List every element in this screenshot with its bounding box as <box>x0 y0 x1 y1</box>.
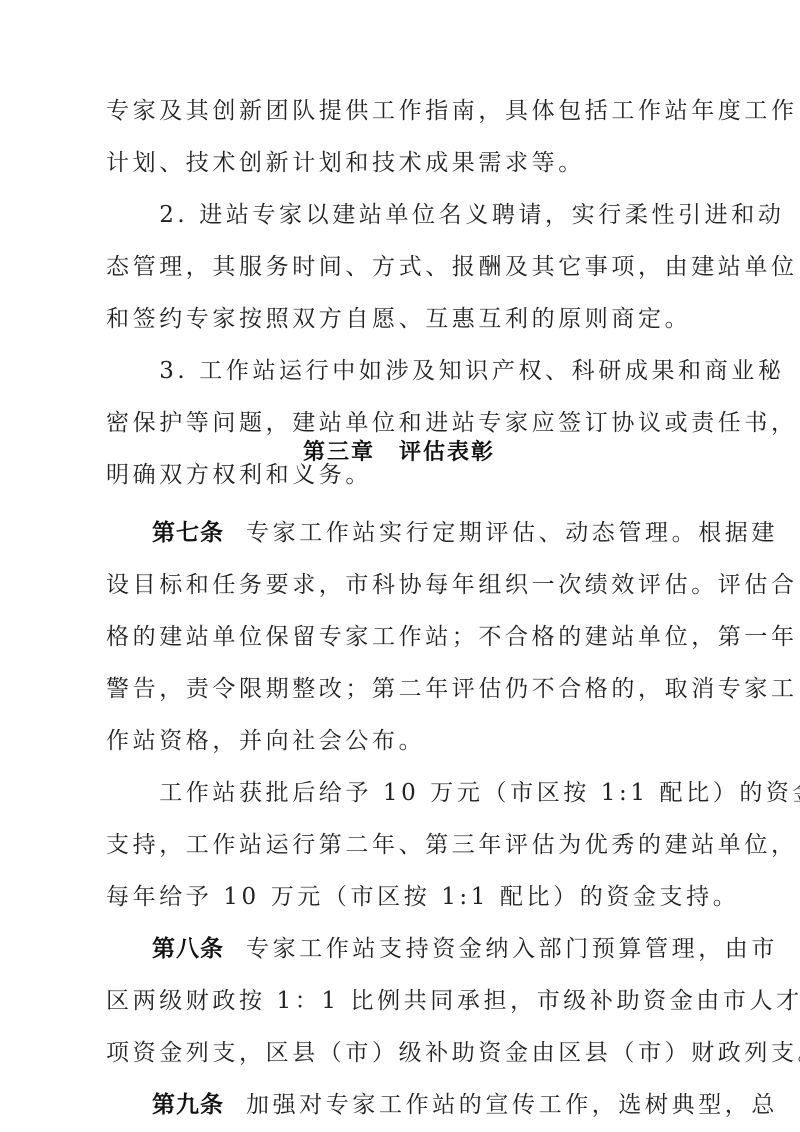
article-label: 第九条 <box>152 1092 224 1118</box>
article-first-line: 第八条专家工作站支持资金纳入部门预算管理，由市 <box>106 934 692 964</box>
text-line: 区两级财政按 1：1 比例共同承担，市级补助资金由市人才专 <box>106 986 692 1016</box>
text-line: 态管理，其服务时间、方式、报酬及其它事项，由建站单位 <box>106 252 692 282</box>
text-line: 专家及其创新团队提供工作指南，具体包括工作站年度工作 <box>106 96 692 126</box>
article-label: 第七条 <box>152 520 224 546</box>
article-text: 专家工作站支持资金纳入部门预算管理，由市 <box>246 936 778 962</box>
text-line: 项资金列支，区县（市）级补助资金由区县（市）财政列支。 <box>106 1038 692 1068</box>
text-line: 每年给予 10 万元（市区按 1:1 配比）的资金支持。 <box>106 882 692 912</box>
article-label: 第八条 <box>152 936 224 962</box>
text-line: 和签约专家按照双方自愿、互惠互利的原则商定。 <box>106 304 692 334</box>
article-first-line: 第九条加强对专家工作站的宣传工作，选树典型，总 <box>106 1090 692 1120</box>
text-line: 设目标和任务要求，市科协每年组织一次绩效评估。评估合 <box>106 570 692 600</box>
text-line: 工作站获批后给予 10 万元（市区按 1:1 配比）的资金 <box>106 778 692 808</box>
chapter-title: 评估表彰 <box>399 440 495 465</box>
chapter-number: 第三章 <box>303 440 375 465</box>
article-first-line: 第七条专家工作站实行定期评估、动态管理。根据建 <box>106 518 692 548</box>
text-line: 3. 工作站运行中如涉及知识产权、科研成果和商业秘 <box>106 356 692 386</box>
text-line: 支持，工作站运行第二年、第三年评估为优秀的建站单位， <box>106 830 692 860</box>
article-text: 专家工作站实行定期评估、动态管理。根据建 <box>246 520 778 546</box>
article-text: 加强对专家工作站的宣传工作，选树典型，总 <box>246 1092 778 1118</box>
text-line: 警告，责令限期整改；第二年评估仍不合格的，取消专家工 <box>106 674 692 704</box>
text-line: 计划、技术创新计划和技术成果需求等。 <box>106 148 692 178</box>
text-line: 密保护等问题，建站单位和进站专家应签订协议或责任书， <box>106 408 692 438</box>
text-line: 2. 进站专家以建站单位名义聘请，实行柔性引进和动 <box>106 200 692 230</box>
text-line: 格的建站单位保留专家工作站；不合格的建站单位，第一年 <box>106 622 692 652</box>
chapter-heading: 第三章评估表彰 <box>106 438 692 468</box>
text-line: 作站资格，并向社会公布。 <box>106 726 692 756</box>
